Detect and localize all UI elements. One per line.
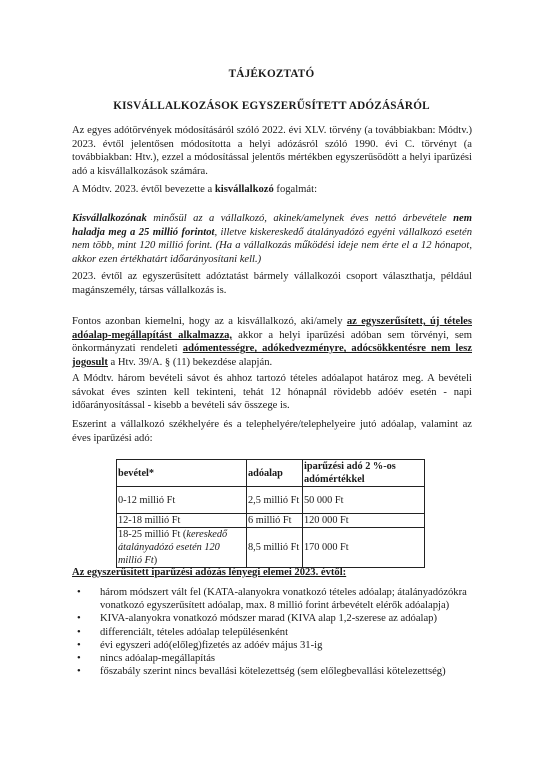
cell-tax-base: 8,5 millió Ft bbox=[247, 528, 303, 568]
bullet-icon: • bbox=[77, 652, 81, 665]
header-tax-base: adóalap bbox=[247, 460, 303, 487]
bold-term: kisvállalkozó bbox=[215, 184, 274, 195]
document-title: TÁJÉKOZTATÓ bbox=[0, 68, 543, 80]
list-item: •differenciált, tételes adóalap települé… bbox=[72, 626, 472, 639]
text: minősül az a vállalkozó, akinek/amelynek… bbox=[147, 213, 453, 224]
document-page: TÁJÉKOZTATÓ KISVÁLLALKOZÁSOK EGYSZERŰSÍT… bbox=[0, 0, 543, 768]
list-item: •három módszert vált fel (KATA-alanyokra… bbox=[72, 586, 472, 612]
text: a Htv. 39/A. § (11) bekezdése alapján. bbox=[108, 357, 272, 368]
text: 18-25 millió Ft ( bbox=[118, 529, 186, 540]
intro-paragraph: Az egyes adótörvények módosításáról szól… bbox=[72, 124, 472, 179]
bullet-icon: • bbox=[77, 639, 81, 652]
cell-revenue: 0-12 millió Ft bbox=[117, 487, 247, 514]
cell-tax-amount: 50 000 Ft bbox=[303, 487, 425, 514]
list-item-text: nincs adóalap-megállapítás bbox=[100, 653, 215, 664]
bullet-icon: • bbox=[77, 586, 81, 599]
definition-intro-paragraph: A Módtv. 2023. évtől bevezette a kisváll… bbox=[72, 183, 472, 197]
cell-tax-amount: 120 000 Ft bbox=[303, 514, 425, 528]
list-item-text: differenciált, tételes adóalap település… bbox=[100, 627, 288, 638]
bullet-icon: • bbox=[77, 612, 81, 625]
cell-tax-base: 6 millió Ft bbox=[247, 514, 303, 528]
list-item: •KIVA-alanyokra vonatkozó módszer marad … bbox=[72, 612, 472, 625]
header-tax-amount: iparűzési adó 2 %-os adómértékkel bbox=[303, 460, 425, 487]
list-item: •évi egyszeri adó(előleg)fizetés az adóé… bbox=[72, 639, 472, 652]
cell-revenue: 12-18 millió Ft bbox=[117, 514, 247, 528]
elements-list: •három módszert vált fel (KATA-alanyokra… bbox=[72, 586, 472, 678]
text: ) bbox=[154, 555, 157, 566]
table-intro-paragraph: Eszerint a vállalkozó székhelyére és a t… bbox=[72, 418, 472, 445]
definition-paragraph: Kisvállalkozónak minősül az a vállalkozó… bbox=[72, 212, 472, 267]
elements-heading: Az egyszerűsített iparűzési adózás lénye… bbox=[72, 567, 346, 578]
list-item-text: évi egyszeri adó(előleg)fizetés az adóév… bbox=[100, 640, 322, 651]
cell-tax-base: 2,5 millió Ft bbox=[247, 487, 303, 514]
eligibility-paragraph: 2023. évtől az egyszerűsített adóztatást… bbox=[72, 270, 472, 297]
cell-tax-amount: 170 000 Ft bbox=[303, 528, 425, 568]
revenue-bands-paragraph: A Módtv. három bevételi sávot és ahhoz t… bbox=[72, 372, 472, 413]
cell-revenue: 18-25 millió Ft (kereskedő átalányadózó … bbox=[117, 528, 247, 568]
list-item-text: főszabály szerint nincs bevallási kötele… bbox=[100, 666, 446, 677]
list-item-text: KIVA-alanyokra vonatkozó módszer marad (… bbox=[100, 613, 437, 624]
table-row: 12-18 millió Ft 6 millió Ft 120 000 Ft bbox=[117, 514, 425, 528]
list-item: •főszabály szerint nincs bevallási kötel… bbox=[72, 665, 472, 678]
text: Fontos azonban kiemelni, hogy az a kisvá… bbox=[72, 316, 347, 327]
text: fogalmát: bbox=[274, 184, 317, 195]
table-row: 0-12 millió Ft 2,5 millió Ft 50 000 Ft bbox=[117, 487, 425, 514]
header-revenue: bevétel* bbox=[117, 460, 247, 487]
bold-term: Kisvállalkozónak bbox=[72, 213, 147, 224]
list-item: •nincs adóalap-megállapítás bbox=[72, 652, 472, 665]
bullet-icon: • bbox=[77, 626, 81, 639]
table-row: 18-25 millió Ft (kereskedő átalányadózó … bbox=[117, 528, 425, 568]
important-note-paragraph: Fontos azonban kiemelni, hogy az a kisvá… bbox=[72, 315, 472, 370]
bullet-icon: • bbox=[77, 665, 81, 678]
table-header-row: bevétel* adóalap iparűzési adó 2 %-os ad… bbox=[117, 460, 425, 487]
text: A Módtv. 2023. évtől bevezette a bbox=[72, 184, 215, 195]
tax-table: bevétel* adóalap iparűzési adó 2 %-os ad… bbox=[116, 459, 425, 568]
list-item-text: három módszert vált fel (KATA-alanyokra … bbox=[100, 587, 467, 611]
document-subtitle: KISVÁLLALKOZÁSOK EGYSZERŰSÍTETT ADÓZÁSÁR… bbox=[0, 100, 543, 112]
